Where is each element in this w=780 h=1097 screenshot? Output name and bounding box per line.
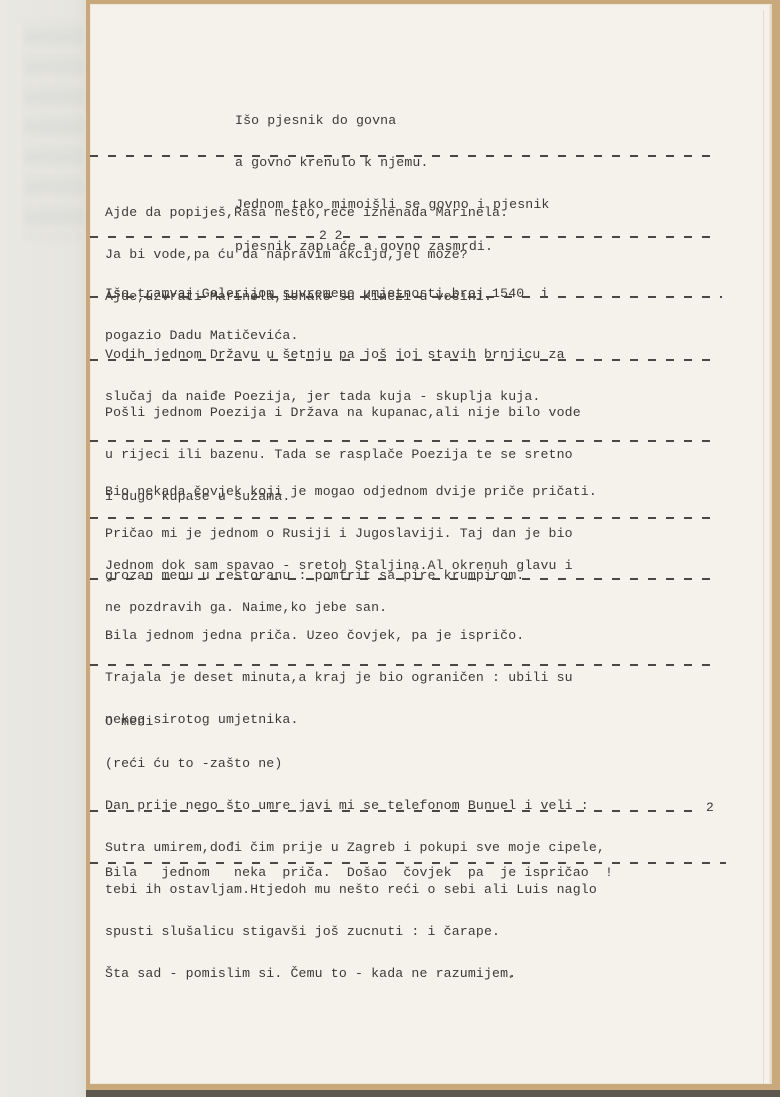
bleed-through-text: [24, 20, 84, 240]
text-line: (reći ću to -zašto ne): [105, 757, 605, 771]
dashed-divider: [90, 862, 726, 864]
text-line: Bio nekada čovjek koji je mogao odjednom…: [105, 485, 597, 499]
text-line: Trajala je deset minuta,a kraj je bio og…: [105, 671, 573, 685]
adjacent-page-background: [0, 0, 92, 1097]
page-edge: [763, 10, 764, 1084]
text-line: a govno krenulo k njemu.: [235, 156, 550, 170]
text-line: Jednom dok sam spavao - sretoh Staljina.…: [105, 559, 573, 573]
dashed-divider: [90, 440, 718, 442]
text-line: Išo tramvaj Galerijom suvremene umjetnos…: [105, 287, 549, 301]
dashed-divider: [90, 664, 720, 666]
dashed-divider: [90, 810, 702, 812]
text-line: Bila jednom jedna priča. Uzeo čovjek, pa…: [105, 629, 573, 643]
text-line: Ajde da popiješ,Raša nešto,reče iznenada…: [105, 206, 508, 220]
text-line: Šta sad - pomislim si. Čemu to - kada ne…: [105, 967, 605, 981]
dashed-divider: [90, 517, 718, 519]
text-line: Pošli jednom Poezija i Država na kupanac…: [105, 406, 581, 420]
dashed-divider: [90, 296, 722, 298]
text-line: Bila jednom neka priča. Došao čovjek pa …: [105, 866, 613, 880]
text-line: O meni: [105, 715, 605, 729]
handwritten-mark: 2 2: [318, 229, 343, 243]
dashed-divider: [90, 236, 720, 238]
dashed-divider: [90, 578, 720, 580]
board-shadow: [86, 1090, 780, 1097]
text-line: spusti slušalicu stigavši još zucnuti : …: [105, 925, 605, 939]
dashed-divider: [90, 359, 712, 361]
text-line: Išo pjesnik do govna: [235, 114, 550, 128]
neka-prica-block: Bila jednom neka priča. Došao čovjek pa …: [105, 838, 613, 894]
dashed-divider: [90, 155, 720, 157]
handwritten-mark: 2: [705, 801, 715, 815]
